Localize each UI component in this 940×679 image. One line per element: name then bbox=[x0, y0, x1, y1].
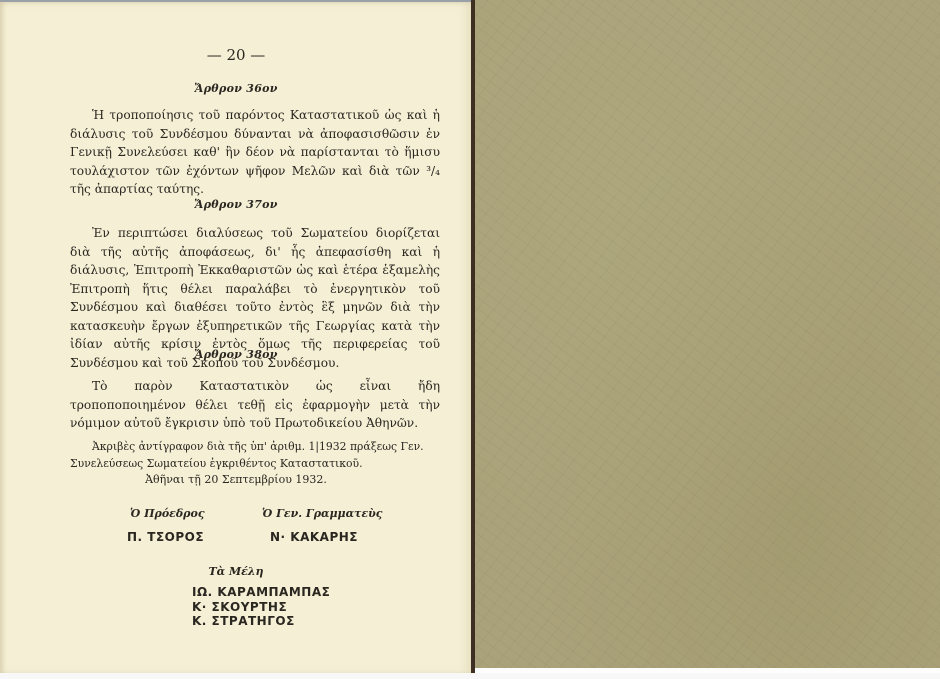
secretary-name: Ν· ΚΑΚΑΡΗΣ bbox=[270, 530, 358, 544]
article-38-text: Τὸ παρὸν Καταστατικὸν ὡς εἶναι ἤδη τροπο… bbox=[70, 377, 440, 433]
right-cover-page bbox=[475, 0, 940, 668]
article-36-heading: Ἄρθρον 36ον bbox=[0, 82, 472, 95]
members-title: Τὰ Μέλη bbox=[0, 565, 472, 578]
article-36-text: Ἡ τροποποίησις τοῦ παρόντος Καταστατικοῦ… bbox=[70, 106, 440, 199]
president-name: Π. ΤΣΟΡΟΣ bbox=[127, 530, 204, 544]
member-name: Κ. ΣΤΡΑΤΗΓΟΣ bbox=[192, 614, 330, 629]
secretary-title: Ὁ Γεν. Γραμματεὺς bbox=[262, 507, 382, 520]
article-38-heading: Ἄρθρον 38ον bbox=[0, 348, 472, 361]
article-37-heading: Ἄρθρον 37ον bbox=[0, 198, 472, 211]
left-page: — 20 — Ἄρθρον 36ον Ἡ τροποποίησις τοῦ πα… bbox=[0, 0, 472, 675]
date-line: Ἀθῆναι τῇ 20 Σεπτεμβρίου 1932. bbox=[0, 473, 472, 486]
members-list: ΙΩ. ΚΑΡΑΜΠΑΜΠΑΣ Κ· ΣΚΟΥΡΤΗΣ Κ. ΣΤΡΑΤΗΓΟΣ bbox=[192, 585, 330, 629]
member-name: ΙΩ. ΚΑΡΑΜΠΑΜΠΑΣ bbox=[192, 585, 330, 600]
president-title: Ὁ Πρόεδρος bbox=[130, 507, 205, 520]
page-number: — 20 — bbox=[0, 46, 472, 64]
scan-background bbox=[0, 673, 940, 679]
certification-note: Ἀκριβὲς ἀντίγραφον διὰ τῆς ὑπ' ἀριθμ. 1|… bbox=[70, 438, 440, 472]
member-name: Κ· ΣΚΟΥΡΤΗΣ bbox=[192, 600, 330, 615]
